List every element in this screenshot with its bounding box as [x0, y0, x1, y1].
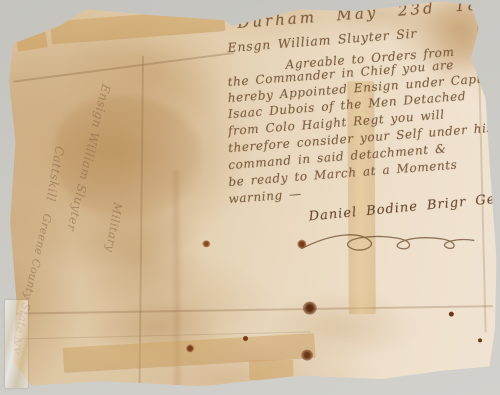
tape-strip: [50, 8, 225, 44]
body-line: warning —: [228, 187, 302, 207]
ink-spot: [243, 336, 248, 341]
tape-strip: [249, 360, 293, 380]
crease-line: [477, 7, 486, 332]
ink-spot: [485, 374, 490, 379]
glossy-tape-strip: [5, 300, 28, 388]
manuscript-paper: Durham May 23d 1812 Ensgn William Sluyte…: [5, 1, 498, 388]
signature: Daniel Bodine Brigr Genl: [308, 191, 500, 225]
tape-strip: [12, 6, 48, 52]
ink-spot: [301, 350, 313, 361]
ink-spot: [202, 240, 210, 247]
ink-spot: [449, 312, 454, 317]
ink-spot: [303, 302, 317, 315]
signature-flourish: [298, 225, 483, 258]
photo-background: Durham May 23d 1812 Ensgn William Sluyte…: [0, 0, 500, 395]
crease-line: [11, 305, 493, 314]
crease-line: [13, 52, 233, 82]
ink-spot: [186, 344, 194, 352]
ink-spot: [478, 338, 482, 342]
stain-blob: [70, 198, 206, 314]
